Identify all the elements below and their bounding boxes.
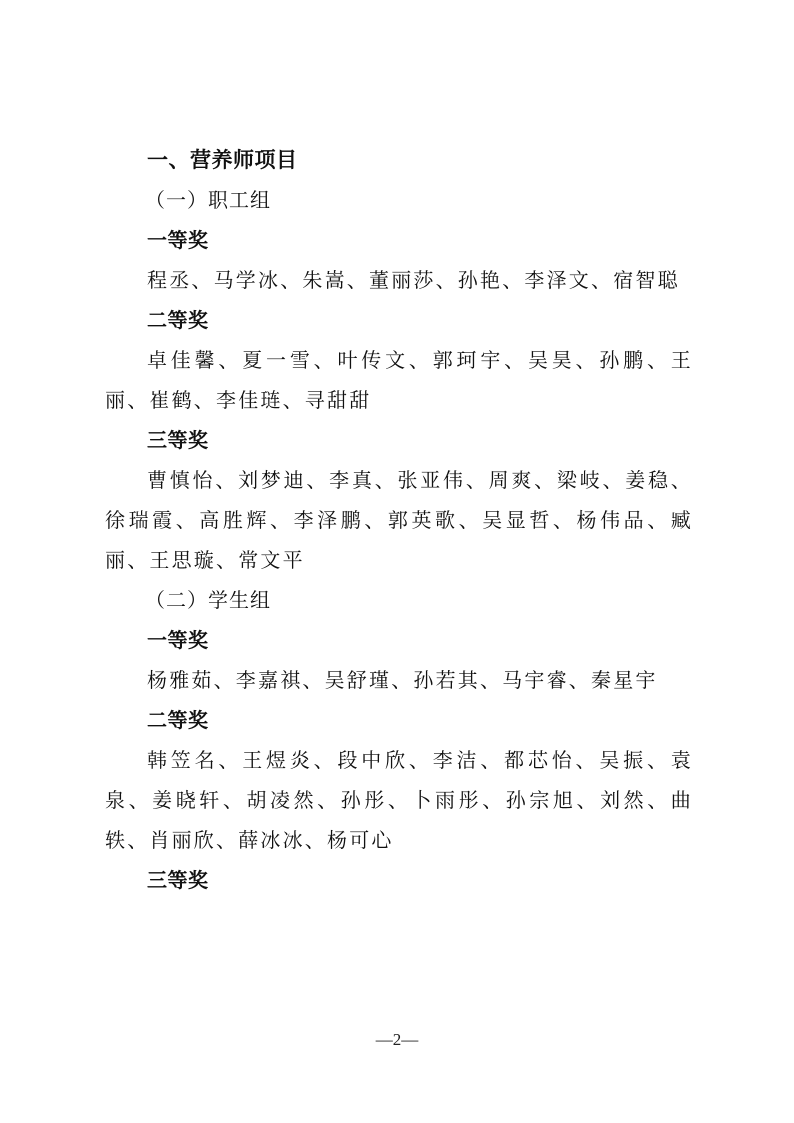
page-number: —2—	[0, 1030, 794, 1050]
award-title-student-third: 三等奖	[147, 860, 209, 900]
group-label-student: （二）学生组	[145, 580, 271, 620]
award-names-student-second: 韩笠名、王煜炎、段中欣、李洁、都芯怡、吴振、袁泉、姜晓轩、胡凌然、孙彤、卜雨彤、…	[105, 740, 693, 860]
group-label-staff: （一）职工组	[145, 180, 271, 220]
award-title-staff-first: 一等奖	[147, 220, 209, 260]
award-names-student-first: 杨雅茹、李嘉祺、吴舒瑾、孙若其、马宇睿、秦星宇	[147, 660, 658, 700]
award-names-staff-second: 卓佳馨、夏一雪、叶传文、郭珂宇、吴昊、孙鹏、王丽、崔鹤、李佳琏、寻甜甜	[105, 340, 693, 420]
award-names-staff-third: 曹慎怡、刘梦迪、李真、张亚伟、周爽、梁岐、姜稳、徐瑞霞、高胜辉、李泽鹏、郭英歌、…	[105, 460, 693, 580]
award-title-student-second: 二等奖	[147, 700, 209, 740]
award-names-staff-first: 程丞、马学冰、朱嵩、董丽莎、孙艳、李泽文、宿智聪	[147, 260, 680, 300]
award-title-staff-third: 三等奖	[147, 420, 209, 460]
award-title-student-first: 一等奖	[147, 620, 209, 660]
section-title: 一、营养师项目	[147, 140, 298, 180]
award-title-staff-second: 二等奖	[147, 300, 209, 340]
